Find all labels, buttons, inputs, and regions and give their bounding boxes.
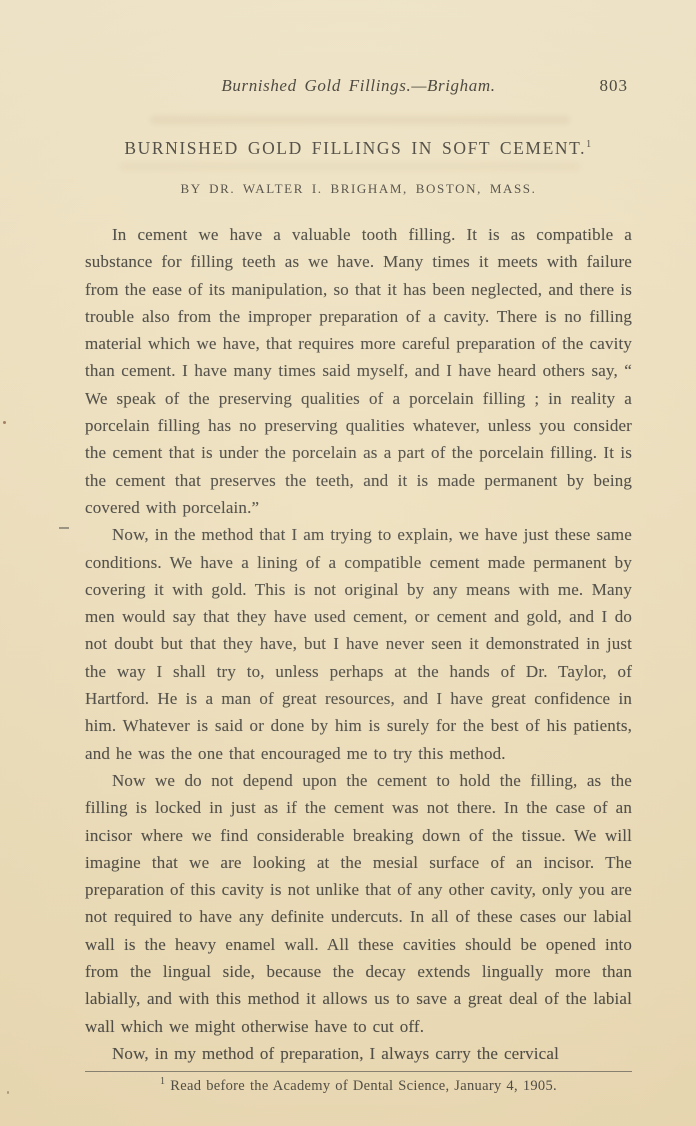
margin-mark [59,527,69,529]
scanned-page: Burnished Gold Fillings.—Brigham. 803 BU… [0,0,696,1126]
scan-speck [3,421,6,424]
byline: BY DR. WALTER I. BRIGHAM, BOSTON, MASS. [85,181,632,197]
paragraph: Now we do not depend upon the cement to … [85,767,632,1040]
article-body: In cement we have a valuable tooth filli… [85,221,632,1067]
footnote: 1 Read before the Academy of Dental Scie… [85,1078,632,1095]
paragraph: In cement we have a valuable tooth filli… [85,221,632,521]
paragraph: Now, in the method that I am trying to e… [85,521,632,767]
running-header-title: Burnished Gold Fillings.—Brigham. [85,76,632,96]
article-title-text: BURNISHED GOLD FILLINGS IN SOFT CEMENT. [124,138,586,158]
page-number: 803 [600,76,629,96]
article-title: BURNISHED GOLD FILLINGS IN SOFT CEMENT.1 [85,138,632,159]
title-footnote-marker: 1 [586,139,593,150]
running-header: Burnished Gold Fillings.—Brigham. 803 [85,76,632,100]
footnote-marker: 1 [160,1076,165,1087]
text-block: Burnished Gold Fillings.—Brigham. 803 BU… [85,76,632,1095]
scan-speck [7,1091,9,1094]
paragraph: Now, in my method of preparation, I alwa… [85,1040,632,1067]
footnote-rule [85,1071,632,1072]
footnote-text: Read before the Academy of Dental Scienc… [170,1078,557,1094]
